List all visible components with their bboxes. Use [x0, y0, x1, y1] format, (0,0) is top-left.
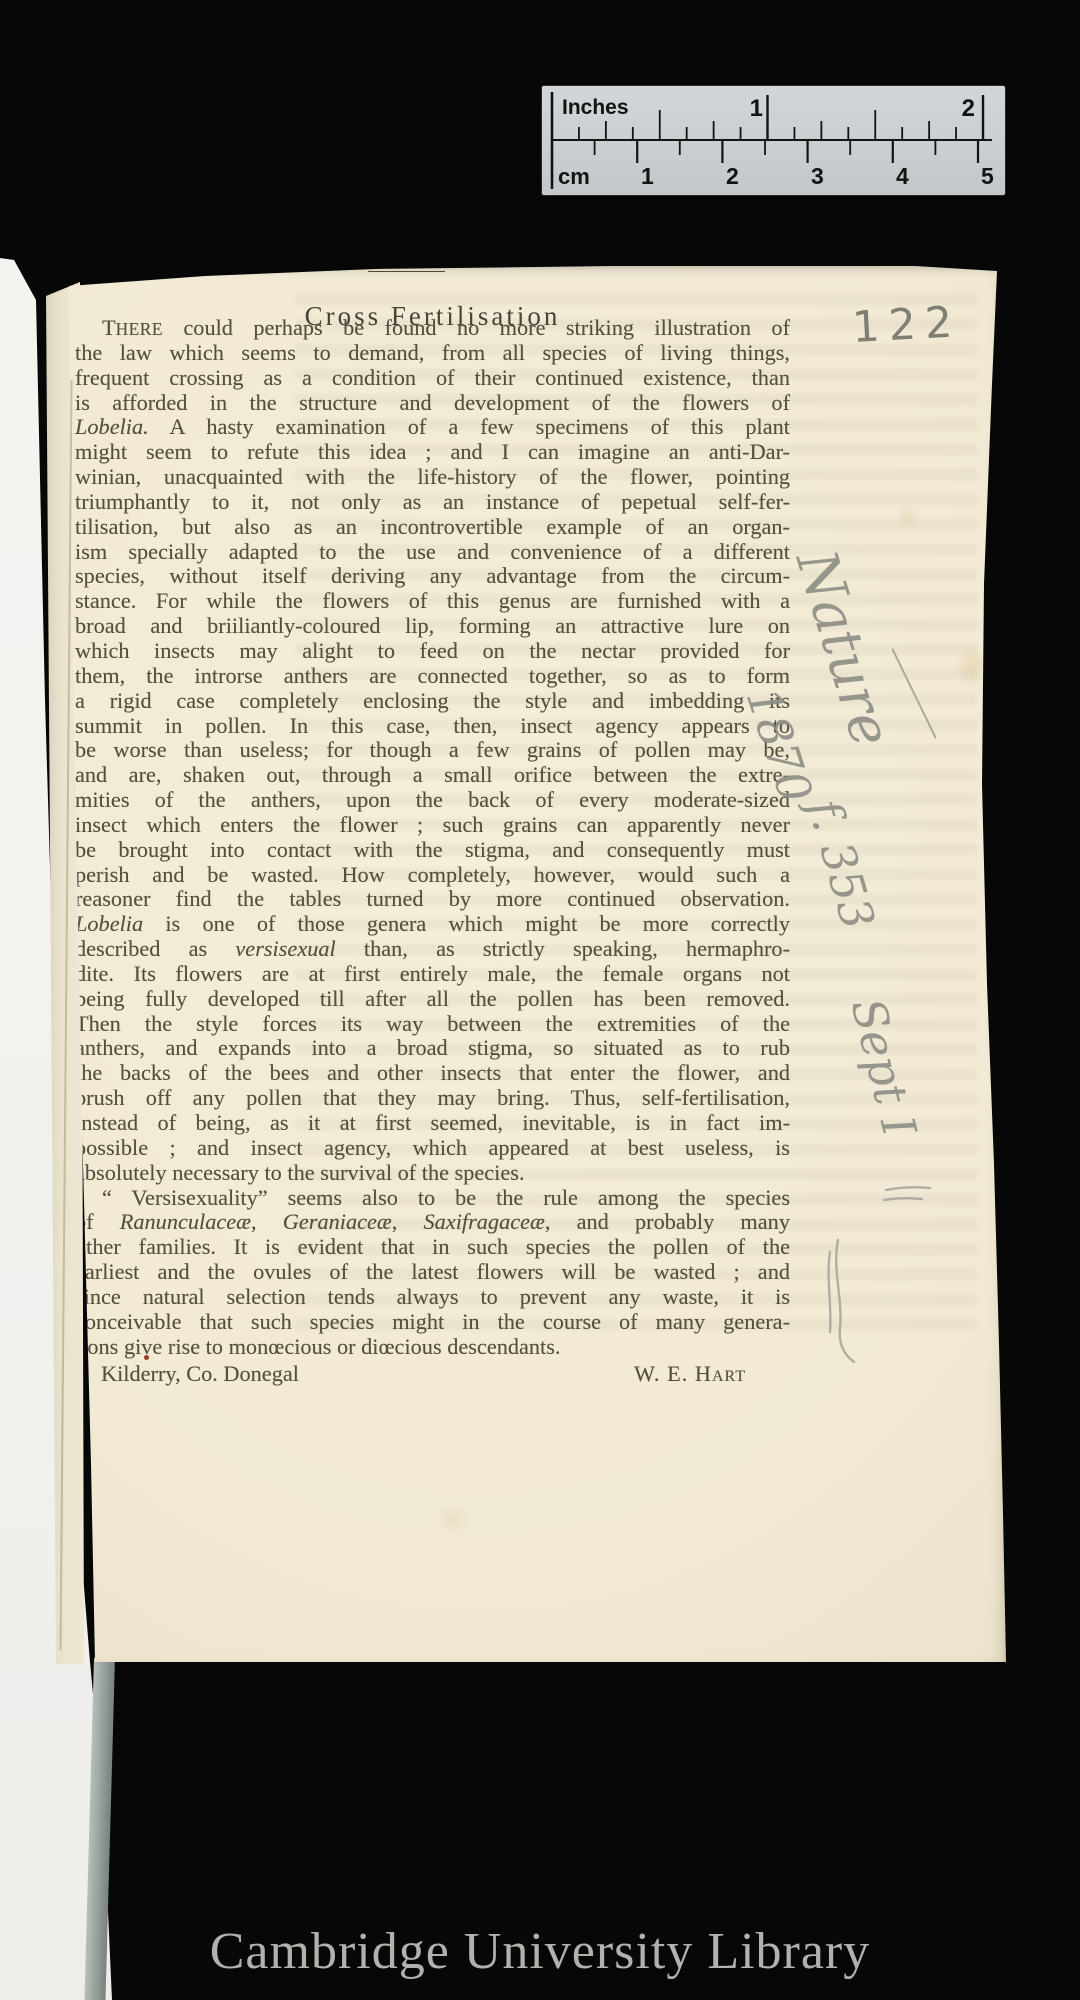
ruler-cm-number-5: 5	[981, 163, 994, 189]
text-line: conceivable that such species might in t…	[75, 1310, 790, 1335]
text-line: described as versisexual than, as strict…	[75, 937, 790, 962]
text-line: brush off any pollen that they may bring…	[75, 1086, 790, 1111]
text-line: since natural selection tends always to …	[75, 1285, 790, 1310]
text-line: mities of the anthers, upon the back of …	[75, 788, 790, 813]
text-line: stance. For while the flowers of this ge…	[75, 589, 790, 614]
text-line: Lobelia. A hasty examination of a few sp…	[75, 415, 790, 440]
text-line: is afforded in the structure and develop…	[75, 391, 790, 416]
ruler: Inches cm 1 2 1 2 3 4 5	[542, 86, 1005, 195]
text-line: species, without itself deriving any adv…	[75, 564, 790, 589]
text-line: instead of being, as it at first seemed,…	[75, 1111, 790, 1136]
text-line: “ Versisexuality” seems also to be the r…	[75, 1186, 790, 1211]
text-line: earliest and the ovules of the latest fl…	[75, 1260, 790, 1285]
signature-row: Kilderry, Co. Donegal W. E. Hart	[75, 1361, 790, 1386]
signature-name: W. E. Hart	[634, 1361, 790, 1386]
clipping-page: Cross Fertilisation THERE could perhaps …	[55, 264, 1007, 1662]
text-line: tilisation, but also as an incontroverti…	[75, 515, 790, 540]
text-line: summit in pollen. In this case, then, in…	[75, 714, 790, 739]
text-line: other families. It is evident that in su…	[75, 1235, 790, 1260]
text-line: possible ; and insect agency, which appe…	[75, 1136, 790, 1161]
text-line: THERE could perhaps be found no more str…	[75, 316, 790, 341]
text-line: reasoner find the tables turned by more …	[75, 887, 790, 912]
text-line: being fully developed till after all the…	[75, 987, 790, 1012]
ruler-inch-number-1: 1	[750, 95, 763, 122]
signature-place: Kilderry, Co. Donegal	[75, 1361, 299, 1386]
text-line: absolutely necessary to the survival of …	[75, 1161, 790, 1186]
text-line: might seem to refute this idea ; and I c…	[75, 440, 790, 465]
library-watermark: Cambridge University Library	[0, 1922, 1080, 1981]
ruler-inch-number-2: 2	[962, 95, 975, 122]
pencil-page-number: 122	[851, 297, 963, 353]
text-line: Then the style forces its way between th…	[75, 1012, 790, 1037]
document-lines: THERE could perhaps be found no more str…	[75, 316, 790, 1359]
foxing-spot	[895, 504, 919, 530]
text-line: a rigid case completely enclosing the st…	[75, 689, 790, 714]
text-line: winian, unacquainted with the life-histo…	[75, 465, 790, 490]
ruler-cm-number-3: 3	[811, 163, 824, 189]
foxing-spot	[955, 644, 989, 688]
ruler-inches-label: Inches	[562, 96, 629, 119]
foxing-spot	[435, 1504, 471, 1534]
red-ink-speck	[144, 1355, 149, 1360]
printed-double-rule	[368, 266, 445, 273]
scan-stage: Inches cm 1 2 1 2 3 4 5 Cross Fertilisat…	[0, 0, 1080, 2000]
ruler-cm-number-1: 1	[641, 163, 654, 189]
ruler-cm-number-2: 2	[726, 163, 739, 189]
ruler-cm-number-4: 4	[896, 163, 909, 189]
text-line: insect which enters the flower ; such gr…	[75, 813, 790, 838]
text-line: Lobelia is one of those genera which mig…	[75, 912, 790, 937]
text-line: them, the introrse anthers are connected…	[75, 664, 790, 689]
text-line: ism specially adapted to the use and con…	[75, 540, 790, 565]
ruler-cm-label: cm	[558, 164, 590, 189]
text-line: the backs of the bees and other insects …	[75, 1061, 790, 1086]
text-line: which insects may alight to feed on the …	[75, 639, 790, 664]
text-line: be brought into contact with the stigma,…	[75, 838, 790, 863]
text-line: perish and be wasted. How completely, ho…	[75, 863, 790, 888]
text-line: tions give rise to monœcious or diœcious…	[75, 1335, 790, 1360]
text-line: of Ranunculaceæ, Geraniaceæ, Saxifragace…	[75, 1210, 790, 1235]
text-line: broad and briiliantly-coloured lip, form…	[75, 614, 790, 639]
ruler-svg: Inches cm 1 2 1 2 3 4 5	[542, 86, 1005, 195]
text-line: frequent crossing as a condition of thei…	[75, 366, 790, 391]
text-line: anthers, and expands into a broad stigma…	[75, 1036, 790, 1061]
text-line: triumphantly to it, not only as an insta…	[75, 490, 790, 515]
text-line: be worse than useless; for though a few …	[75, 738, 790, 763]
text-line: dite. Its flowers are at first entirely …	[75, 962, 790, 987]
text-line: and are, shaken out, through a small ori…	[75, 763, 790, 788]
text-line: the law which seems to demand, from all …	[75, 341, 790, 366]
